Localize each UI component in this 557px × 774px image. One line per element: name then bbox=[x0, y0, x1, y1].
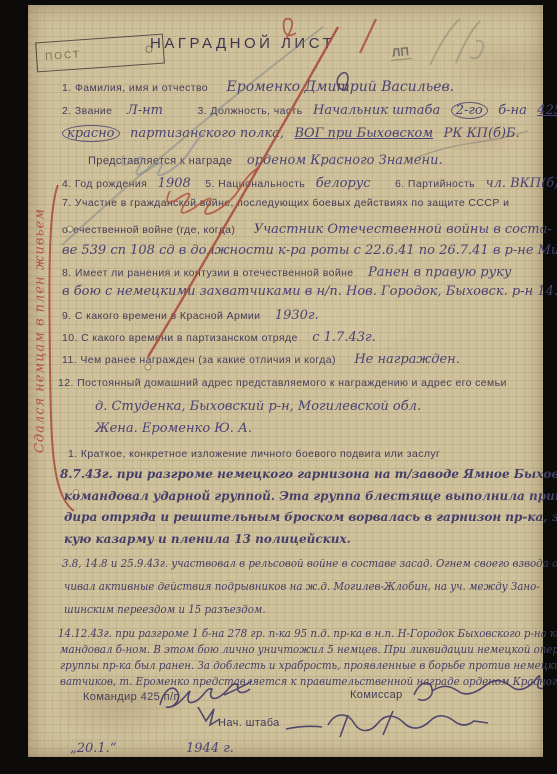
field-1-label: 1. Фамилия, имя и отчество bbox=[62, 82, 208, 94]
field-9-value: 1930г. bbox=[275, 308, 319, 323]
field-12-label: 12. Постоянный домашний адрес представля… bbox=[58, 377, 507, 389]
feat-para2-line2: чивал активные действия подрывников на ж… bbox=[64, 580, 540, 593]
field-10-label: 10. С какого времени в партизанском отря… bbox=[62, 332, 298, 344]
field-7-label-line2: отечественной войне (где, когда) bbox=[62, 224, 235, 236]
feat-para1-line4: кую казарму и пленила 13 полицейских. bbox=[64, 531, 351, 546]
feat-para3-line4: ватчиков, т. Ероменко представляется к п… bbox=[60, 675, 557, 688]
field-8-value-line1: Ранен в правую руку bbox=[368, 265, 511, 280]
field-7-value-line1: Участник Отечественной войны в соста- bbox=[254, 222, 552, 237]
presented-row: Представляется к награде орденом Красног… bbox=[88, 151, 443, 169]
feat-para3-line3: группы пр-ка был ранен. За доблесть и хр… bbox=[60, 659, 557, 672]
feat-para3-line1: 14.12.43г. при разгроме 1 б-на 278 гр. п… bbox=[58, 627, 557, 640]
red-slash-mark bbox=[360, 19, 376, 53]
field-5-label: 5. Национальность bbox=[205, 178, 305, 190]
feat-para2-line3: шинским переездом и 15 разъездом. bbox=[64, 603, 266, 616]
field-11-value: Не награжден. bbox=[354, 352, 460, 367]
presented-award: орденом Красного Знамени. bbox=[247, 153, 443, 168]
feat-para1-line2: командовал ударной группой. Эта группа б… bbox=[64, 488, 557, 503]
chief-of-staff-signature bbox=[286, 711, 488, 737]
field-3-line2-rk: РК КП(б)Б. bbox=[444, 126, 520, 141]
pencil-corner-scribbles bbox=[430, 19, 483, 65]
field-9-row: 9. С какого времени в Красной Армии 1930… bbox=[62, 306, 319, 324]
feat-para2-line1: 3.8, 14.8 и 25.9.43г. участвовал в рельс… bbox=[62, 557, 557, 570]
field-3-line2-vog: ВОГ при Быховском bbox=[295, 126, 434, 141]
field-8-label: 8. Имеет ли ранения и контузии в отечест… bbox=[62, 267, 354, 279]
field-3-value-bn: б-на bbox=[498, 103, 527, 118]
paper-sheet: ПОСТ О Наградной лист ЛП Сдался немцам в… bbox=[28, 5, 543, 757]
field-3-line2-text: партизанского полка, bbox=[130, 126, 284, 141]
field-10-row: 10. С какого времени в партизанском отря… bbox=[62, 328, 376, 346]
feat-heading: 1. Краткое, конкретное изложение личного… bbox=[68, 448, 440, 460]
field-3-value: Начальник штаба bbox=[313, 103, 440, 118]
doc-title: Наградной лист bbox=[150, 35, 335, 52]
field-3-value-circled: 2-го bbox=[451, 102, 488, 119]
field-1-value: Ероменко Дмитрий Васильев. bbox=[227, 79, 455, 95]
field-8-row: 8. Имеет ли ранения и контузии в отечест… bbox=[62, 263, 511, 281]
field-3-circled-krasno: красно bbox=[62, 125, 120, 142]
field-7-label-line1: 7. Участие в гражданской войне, последую… bbox=[62, 197, 509, 209]
field-3-label: 3. Должность, часть bbox=[197, 105, 302, 117]
scanned-award-sheet: ПОСТ О Наградной лист ЛП Сдался немцам в… bbox=[0, 0, 557, 774]
field-3-row2: красно партизанского полка, ВОГ при Быхо… bbox=[62, 124, 520, 142]
field-5-value: белорус bbox=[316, 176, 371, 191]
field-3-value-number: 425 bbox=[537, 103, 557, 118]
field-2-3-row: 2. Звание Л-нт 3. Должность, часть Начал… bbox=[62, 101, 557, 119]
field-1-row: 1. Фамилия, имя и отчество Ероменко Дмит… bbox=[62, 78, 454, 96]
field-12-value-line2: Жена. Ероменко Ю. А. bbox=[95, 421, 252, 436]
field-10-value: с 1.7.43г. bbox=[312, 330, 375, 345]
field-7-line2: отечественной войне (где, когда) Участни… bbox=[62, 220, 552, 238]
date-day: „20.1.“ bbox=[70, 741, 116, 756]
field-4-label: 4. Год рождения bbox=[62, 178, 147, 190]
field-11-row: 11. Чем ранее награжден (за какие отличи… bbox=[62, 350, 460, 368]
red-margin-note: Сдался немцам в плен живьем bbox=[33, 181, 48, 481]
stamp-text-left: ПОСТ bbox=[45, 49, 82, 62]
feat-para1-line1: 8.7.43г. при разгроме немецкого гарнизон… bbox=[60, 466, 557, 481]
field-4-5-6-row: 4. Год рождения 1908 5. Национальность б… bbox=[62, 174, 557, 192]
field-12-value-line1: д. Студенка, Быховский р-н, Могилевской … bbox=[95, 399, 421, 414]
field-8-value-line2: в бою с немецкими захватчиками в н/п. Но… bbox=[62, 284, 557, 299]
field-4-value: 1908 bbox=[158, 176, 191, 191]
commander-label: Командир 425 п/п bbox=[83, 691, 180, 703]
field-7-value-line2: ве 539 сп 108 сд в должности к-ра роты с… bbox=[62, 243, 557, 258]
field-11-label: 11. Чем ранее награжден (за какие отличи… bbox=[62, 354, 336, 366]
registration-stamp: ПОСТ О bbox=[35, 34, 165, 73]
chief-of-staff-label: Нач. штаба bbox=[218, 717, 280, 729]
field-6-label: 6. Партийность bbox=[395, 178, 475, 190]
field-2-label: 2. Звание bbox=[62, 105, 112, 117]
commissar-label: Комиссар bbox=[350, 689, 403, 701]
field-2-value: Л-нт bbox=[127, 103, 163, 118]
field-6-value: чл. ВКП(б) bbox=[485, 176, 557, 191]
date-year: 1944 г. bbox=[186, 741, 234, 756]
feat-para1-line3: дира отряда и решительным броском ворвал… bbox=[64, 509, 557, 524]
presented-label: Представляется к награде bbox=[88, 155, 232, 167]
pencil-corner-mark: ЛП bbox=[389, 44, 411, 61]
field-9-label: 9. С какого времени в Красной Армии bbox=[62, 310, 260, 322]
feat-para3-line2: мандовал б-ном. В этом бою лично уничтож… bbox=[60, 643, 557, 656]
